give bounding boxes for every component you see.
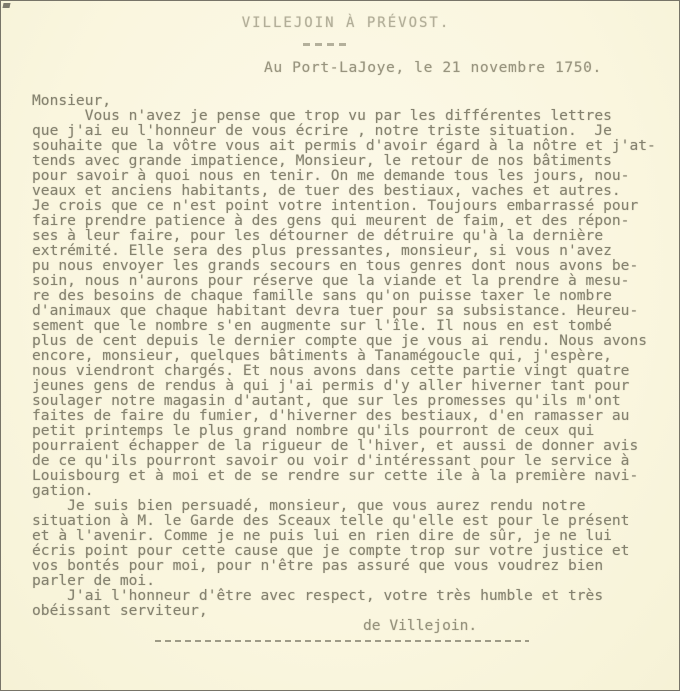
letter-dateline: Au Port-LaJoye, le 21 novembre 1750.: [264, 59, 602, 76]
letter-line: re des besoins de chaque famille sans qu…: [32, 288, 656, 303]
heading-rule: [303, 43, 349, 46]
letter-line: écris point pour cette cause que je comp…: [32, 543, 656, 558]
letter-line: Louisbourg et à moi et de se rendre sur …: [32, 468, 656, 483]
letter-body: Monsieur, Vous n'avez je pense que trop …: [32, 93, 656, 618]
letter-page: VILLEJOIN À PRÉVOST. Au Port-LaJoye, le …: [0, 0, 680, 691]
letter-line: sement que le nombre s'en augmente sur l…: [32, 318, 656, 333]
letter-line: parler de moi.: [32, 573, 656, 588]
letter-line: d'animaux que chaque habitant devra tuer…: [32, 303, 656, 318]
letter-line: que j'ai eu l'honneur de vous écrire , n…: [32, 123, 656, 138]
letter-line: souhaite que la vôtre vous ait permis d'…: [32, 138, 656, 153]
letter-line: pourraient échapper de la rigueur de l'h…: [32, 438, 656, 453]
corner-artifact: [2, 3, 10, 8]
letter-heading: VILLEJOIN À PRÉVOST.: [7, 15, 680, 31]
letter-line: veaux et anciens habitants, de tuer des …: [32, 183, 656, 198]
letter-line: et à l'avenir. Comme je ne puis lui en r…: [32, 528, 656, 543]
letter-line: Vous n'avez je pense que trop vu par les…: [32, 108, 656, 123]
letter-line: Monsieur,: [32, 93, 656, 108]
letter-line: pour savoir à quoi nous en tenir. On me …: [32, 168, 656, 183]
letter-line: plus de cent depuis le dernier compte qu…: [32, 333, 656, 348]
letter-line: Je crois que ce n'est point votre intent…: [32, 198, 656, 213]
letter-line: de ce qu'ils pourront savoir ou voir d'i…: [32, 453, 656, 468]
letter-line: jeunes gens de rendus à qui j'ai permis …: [32, 378, 656, 393]
letter-line: tends avec grande impatience, Monsieur, …: [32, 153, 656, 168]
letter-signature: de Villejoin.: [363, 617, 477, 634]
letter-line: soulager notre magasin d'autant, que sur…: [32, 393, 656, 408]
letter-line: pu nous envoyer les grands secours en to…: [32, 258, 656, 273]
letter-line: faites de faire du fumier, d'hiverner de…: [32, 408, 656, 423]
letter-line: obéissant serviteur,: [32, 603, 656, 618]
letter-line: encore, monsieur, quelques bâtiments à T…: [32, 348, 656, 363]
letter-line: petit printemps le plus grand nombre qu'…: [32, 423, 656, 438]
letter-line: ses à leur faire, pour les détourner de …: [32, 228, 656, 243]
letter-line: vos bontés pour moi, pour n'être pas ass…: [32, 558, 656, 573]
letter-line: soin, nous n'aurons pour réserve que la …: [32, 273, 656, 288]
letter-line: nous viendront chargés. Et nous avons da…: [32, 363, 656, 378]
letter-line: extrémité. Elle sera des plus pressantes…: [32, 243, 656, 258]
letter-line: gation.: [32, 483, 656, 498]
letter-line: Je suis bien persuadé, monsieur, que vou…: [32, 498, 656, 513]
letter-line: J'ai l'honneur d'être avec respect, votr…: [32, 588, 656, 603]
letter-line: situation à M. le Garde des Sceaux telle…: [32, 513, 656, 528]
closing-rule: [155, 640, 529, 642]
letter-line: faire prendre patience à des gens qui me…: [32, 213, 656, 228]
